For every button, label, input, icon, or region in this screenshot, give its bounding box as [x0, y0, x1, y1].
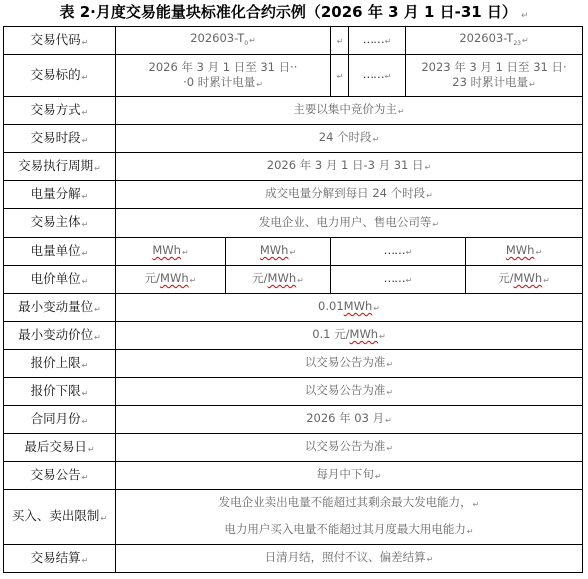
table-row: 交易执行周期↵ 2026 年 3 月 1 日-3 月 31 日↵ — [4, 153, 583, 181]
row-label: 交易方式↵ — [4, 97, 116, 125]
paragraph-mark-icon: ↵ — [521, 11, 529, 21]
code-first-cell: 202603-T0↵ — [116, 27, 331, 55]
table-row: 交易结算↵ 日清月结，照付不议、偏差结算↵ — [4, 545, 583, 573]
table-row: 交易时段↵ 24 个时段↵ — [4, 125, 583, 153]
ellipsis-cell: ……↵ — [349, 55, 406, 97]
row-value: 日清月结，照付不议、偏差结算↵ — [116, 545, 583, 573]
paragraph-mark-icon: ↵ — [82, 38, 89, 47]
row-label: 交易执行周期↵ — [4, 153, 116, 181]
row-value: 主要以集中竞价为主↵ — [116, 97, 583, 125]
table-row: 电价单位↵ 元/MWh↵ 元/MWh↵ ……↵ 元/MWh↵ — [4, 266, 583, 294]
row-label: 买入、卖出限制↵ — [4, 490, 116, 545]
subject-last-cell: 2023 年 3 月 1 日至 31 日·23 时累计电量↵ — [406, 55, 583, 97]
table-row: 交易方式↵ 主要以集中竞价为主↵ — [4, 97, 583, 125]
table-row: 最小变动价位↵ 0.1 元/MWh↵ — [4, 322, 583, 350]
row-value: 0.1 元/MWh↵ — [116, 322, 583, 350]
unit-cell: 元/MWh↵ — [466, 266, 583, 294]
row-label: 交易标的↵ — [4, 55, 116, 97]
unit-cell: MWh↵ — [226, 238, 331, 266]
row-label: 最小变动价位↵ — [4, 322, 116, 350]
row-value: 成交电量分解到每日 24 个时段↵ — [116, 181, 583, 209]
unit-cell: MWh↵ — [466, 238, 583, 266]
row-value: 以交易公告为准↵ — [116, 434, 583, 462]
row-label: 最小变动量位↵ — [4, 294, 116, 322]
table-row: 最小变动量位↵ 0.01MWh↵ — [4, 294, 583, 322]
unit-cell: 元/MWh↵ — [226, 266, 331, 294]
unit-cell: 元/MWh↵ — [116, 266, 226, 294]
row-value: 发电企业卖出电量不能超过其剩余最大发电能力，↵ 电力用户买入电量不能超过其月度最… — [116, 490, 583, 545]
table-row: 交易主体↵ 发电企业、电力用户、售电公司等↵ — [4, 209, 583, 238]
row-label: 交易结算↵ — [4, 545, 116, 573]
table-row: 交易标的↵ 2026 年 3 月 1 日至 31 日···0 时累计电量↵ ↵ … — [4, 55, 583, 97]
row-label: 电价单位↵ — [4, 266, 116, 294]
subject-first-cell: 2026 年 3 月 1 日至 31 日···0 时累计电量↵ — [116, 55, 331, 97]
empty-cell: ↵ — [331, 55, 349, 97]
row-label: 交易主体↵ — [4, 209, 116, 238]
row-label: 报价下限↵ — [4, 378, 116, 406]
row-value: 以交易公告为准↵ — [116, 378, 583, 406]
table-row: 交易公告↵ 每月中下旬↵ — [4, 462, 583, 490]
caption-text: 表 2·月度交易能量块标准化合约示例（2026 年 3 月 1 日-31 日） — [60, 3, 517, 21]
row-value: 发电企业、电力用户、售电公司等↵ — [116, 209, 583, 238]
table-row: 交易代码↵ 202603-T0↵ ↵ ……↵ 202603-T23↵ — [4, 27, 583, 55]
row-value: 以交易公告为准↵ — [116, 350, 583, 378]
table-row: 最后交易日↵ 以交易公告为准↵ — [4, 434, 583, 462]
ellipsis-cell: ……↵ — [331, 238, 466, 266]
row-value: 2026 年 03 月↵ — [116, 406, 583, 434]
row-value: 24 个时段↵ — [116, 125, 583, 153]
row-value: 0.01MWh↵ — [116, 294, 583, 322]
code-last-cell: 202603-T23↵ — [406, 27, 583, 55]
table-caption: 表 2·月度交易能量块标准化合约示例（2026 年 3 月 1 日-31 日）↵ — [0, 0, 588, 26]
row-label: 合同月份↵ — [4, 406, 116, 434]
contract-spec-table: 交易代码↵ 202603-T0↵ ↵ ……↵ 202603-T23↵ 交易标的↵… — [3, 26, 583, 573]
table-row: 买入、卖出限制↵ 发电企业卖出电量不能超过其剩余最大发电能力，↵ 电力用户买入电… — [4, 490, 583, 545]
row-value: 每月中下旬↵ — [116, 462, 583, 490]
ellipsis-cell: ……↵ — [349, 27, 406, 55]
row-label: 交易时段↵ — [4, 125, 116, 153]
row-label: 电量单位↵ — [4, 238, 116, 266]
row-label: 电量分解↵ — [4, 181, 116, 209]
ellipsis-cell: ……↵ — [331, 266, 466, 294]
row-label: 报价上限↵ — [4, 350, 116, 378]
empty-cell: ↵ — [331, 27, 349, 55]
table-row: 报价下限↵ 以交易公告为准↵ — [4, 378, 583, 406]
row-label: 最后交易日↵ — [4, 434, 116, 462]
row-label: 交易代码↵ — [4, 27, 116, 55]
table-row: 电量单位↵ MWh↵ MWh↵ ……↵ MWh↵ — [4, 238, 583, 266]
table-row: 报价上限↵ 以交易公告为准↵ — [4, 350, 583, 378]
table-row: 合同月份↵ 2026 年 03 月↵ — [4, 406, 583, 434]
unit-cell: MWh↵ — [116, 238, 226, 266]
row-label: 交易公告↵ — [4, 462, 116, 490]
table-row: 电量分解↵ 成交电量分解到每日 24 个时段↵ — [4, 181, 583, 209]
row-value: 2026 年 3 月 1 日-3 月 31 日↵ — [116, 153, 583, 181]
